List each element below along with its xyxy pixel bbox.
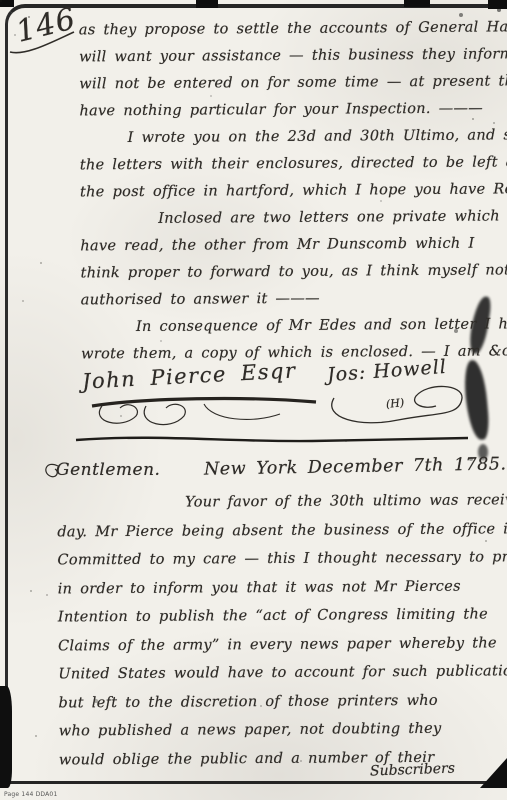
- letter-two-body: Your favor of the 30th ultimo was receiv…: [57, 487, 469, 775]
- signature-paraph: (H): [385, 396, 404, 411]
- handwritten-line: I wrote you on the 23d and 30th Ultimo, …: [80, 123, 472, 153]
- handwritten-line: have nothing particular for your Inspect…: [79, 96, 471, 126]
- handwritten-line: have read, the other from Mr Dunscomb wh…: [80, 231, 472, 261]
- top-edge-blob: [196, 0, 218, 8]
- page-number-underline-flourish: [8, 30, 78, 56]
- handwritten-line: will not be entered on for some time — a…: [79, 69, 471, 99]
- salutation: Gentlemen.: [56, 460, 160, 480]
- scan-footer-label: Page 144 DDA01: [4, 791, 57, 798]
- handwritten-line: but left to the discretion of those prin…: [58, 686, 468, 717]
- handwritten-line: the letters with their enclosures, direc…: [80, 150, 472, 180]
- scanned-letter-page: 146 as they propose to settle the accoun…: [0, 0, 507, 800]
- handwritten-line: United States would have to account for …: [58, 658, 468, 689]
- letter-one-body: as they propose to settle the accounts o…: [79, 15, 473, 369]
- handwritten-line: authorised to answer it ———: [81, 285, 473, 315]
- handwritten-line: day. Mr Pierce being absent the business…: [57, 515, 467, 546]
- handwritten-line: think proper to forward to you, as I thi…: [80, 258, 472, 288]
- handwritten-line: will want your assistance — this busines…: [79, 42, 471, 72]
- handwritten-line: Claims of the army” in every news paper …: [58, 629, 468, 660]
- left-edge-blob: [0, 686, 12, 788]
- top-edge-blob: [0, 0, 14, 7]
- paper-speckles: [0, 0, 2, 2]
- addressee-flourish: [84, 392, 324, 432]
- section-divider-line: [72, 430, 472, 448]
- handwritten-line: in order to inform you that it was not M…: [58, 572, 468, 603]
- top-edge-blob: [404, 0, 430, 7]
- handwritten-line: as they propose to settle the accounts o…: [79, 15, 471, 45]
- handwritten-line: Inclosed are two letters one private whi…: [80, 204, 472, 234]
- catchword: Subscribers: [370, 761, 455, 780]
- handwritten-line: who published a news paper, not doubting…: [59, 715, 469, 746]
- top-edge-blob: [488, 0, 507, 9]
- handwritten-line: Committed to my care — this I thought ne…: [57, 544, 467, 575]
- handwritten-line: the post office in hartford, which I hop…: [80, 177, 472, 207]
- handwritten-line: Intention to publish the “act of Congres…: [58, 601, 468, 632]
- handwritten-line: In consequence of Mr Edes and son letter…: [81, 312, 473, 342]
- handwritten-line: Your favor of the 30th ultimo was receiv…: [57, 487, 467, 518]
